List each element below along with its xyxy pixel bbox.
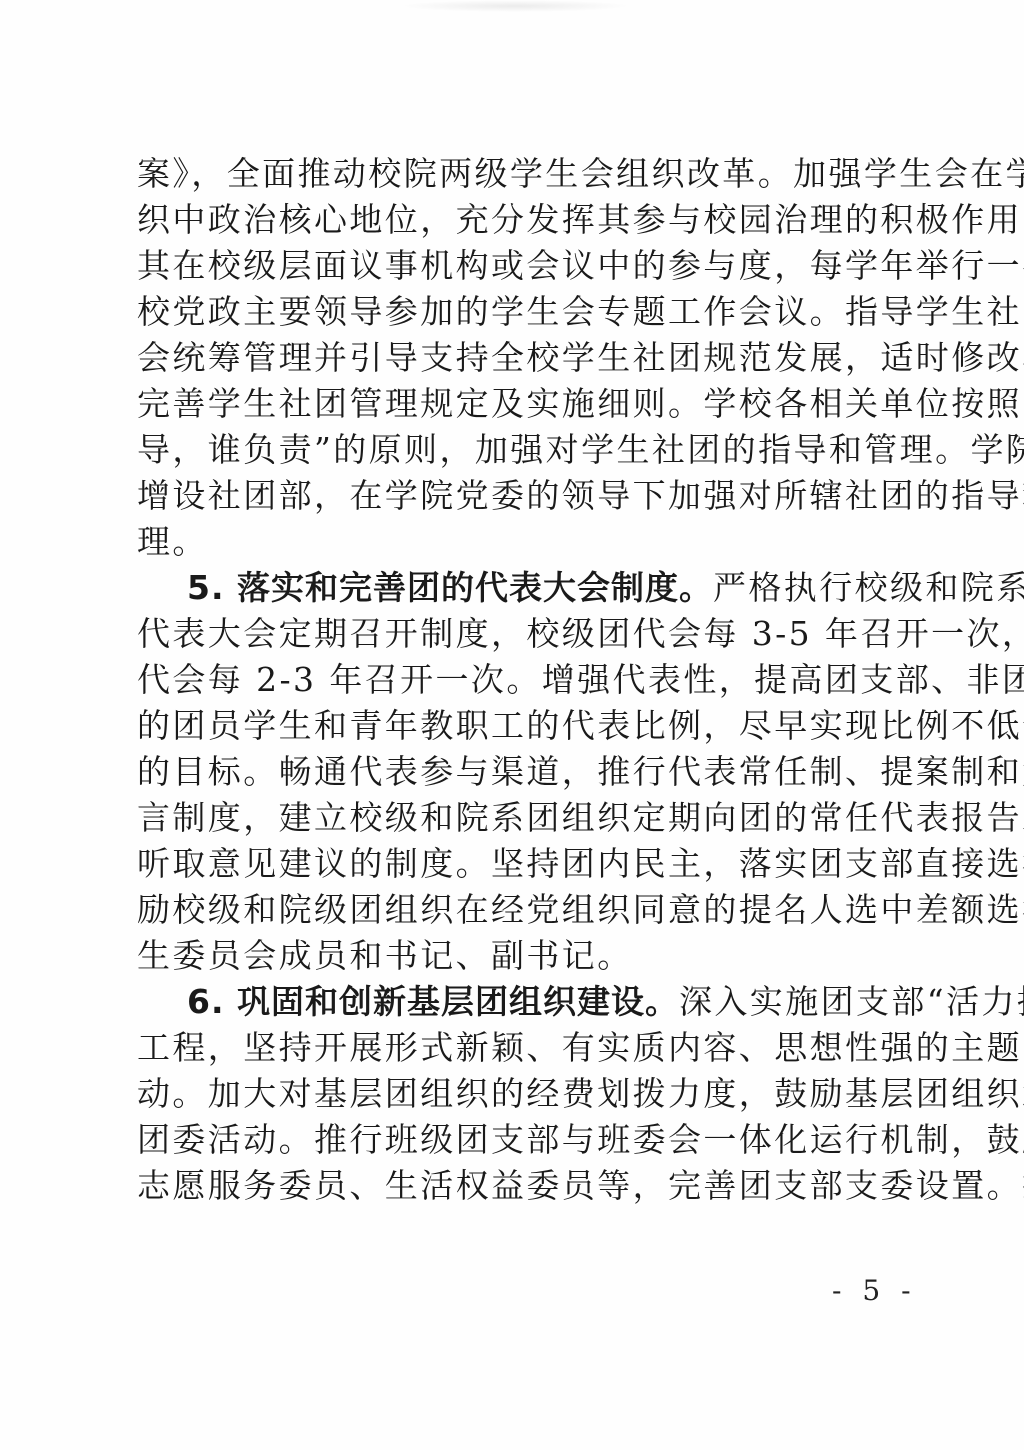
paragraph-grassroots-organization: 6. 巩固和创新基层团组织建设。深入实施团支部“活力提升” 工程，坚持开展形式新… bbox=[137, 979, 897, 1209]
paragraph-student-union-reform: 案》，全面推动校院两级学生会组织改革。加强学生会在学生组 织中政治核心地位，充分… bbox=[137, 151, 897, 565]
text-line: 会统筹管理并引导支持全校学生社团规范发展，适时修改、不断 bbox=[137, 335, 897, 381]
text-line: 织中政治核心地位，充分发挥其参与校园治理的积极作用，加大 bbox=[137, 197, 897, 243]
text-line: 理。 bbox=[137, 519, 897, 565]
text-line: 代表大会定期召开制度，校级团代会每 3-5 年召开一次，院级团 bbox=[137, 611, 897, 657]
paragraph-congress-system: 5. 落实和完善团的代表大会制度。严格执行校级和院系团的 代表大会定期召开制度，… bbox=[137, 565, 897, 979]
text-line: 导，谁负责”的原则，加强对学生社团的指导和管理。学院团委 bbox=[137, 427, 897, 473]
text-line: 团委活动。推行班级团支部与班委会一体化运行机制，鼓励设置 bbox=[137, 1117, 897, 1163]
text-line: 的目标。畅通代表参与渠道，推行代表常任制、提案制和大会发 bbox=[137, 749, 897, 795]
section-heading: 6. 巩固和创新基层团组织建设。 bbox=[187, 982, 679, 1021]
text-line: 励校级和院级团组织在经党组织同意的提名人选中差额选举产 bbox=[137, 887, 897, 933]
section-heading: 5. 落实和完善团的代表大会制度。 bbox=[187, 568, 713, 607]
text-line: 校党政主要领导参加的学生会专题工作会议。指导学生社团联合 bbox=[137, 289, 897, 335]
document-page: 案》，全面推动校院两级学生会组织改革。加强学生会在学生组 织中政治核心地位，充分… bbox=[0, 0, 1024, 1450]
text-line: 的团员学生和青年教职工的代表比例，尽早实现比例不低于 70% bbox=[137, 703, 897, 749]
text-line-first: 5. 落实和完善团的代表大会制度。严格执行校级和院系团的 bbox=[137, 565, 897, 611]
text-line-first: 6. 巩固和创新基层团组织建设。深入实施团支部“活力提升” bbox=[137, 979, 897, 1025]
text-run: 深入实施团支部“活力提升” bbox=[679, 982, 1024, 1021]
document-body: 案》，全面推动校院两级学生会组织改革。加强学生会在学生组 织中政治核心地位，充分… bbox=[137, 151, 897, 1209]
text-line: 完善学生社团管理规定及实施细则。学校各相关单位按照“谁指 bbox=[137, 381, 897, 427]
text-line: 听取意见建议的制度。坚持团内民主，落实团支部直接选举，鼓 bbox=[137, 841, 897, 887]
text-line: 生委员会成员和书记、副书记。 bbox=[137, 933, 897, 979]
text-line: 其在校级层面议事机构或会议中的参与度，每学年举行一次由学 bbox=[137, 243, 897, 289]
scan-artifact bbox=[400, 0, 630, 12]
text-line: 案》，全面推动校院两级学生会组织改革。加强学生会在学生组 bbox=[137, 151, 897, 197]
text-line: 动。加大对基层团组织的经费划拨力度，鼓励基层团组织承办校 bbox=[137, 1071, 897, 1117]
text-line: 增设社团部，在学院党委的领导下加强对所辖社团的指导和管 bbox=[137, 473, 897, 519]
text-line: 言制度，建立校级和院系团组织定期向团的常任代表报告工作和 bbox=[137, 795, 897, 841]
text-run: 严格执行校级和院系团的 bbox=[713, 568, 1024, 607]
page-number: - 5 - bbox=[832, 1274, 917, 1307]
text-line: 志愿服务委员、生活权益委员等，完善团支部支委设置。探索建 bbox=[137, 1163, 897, 1209]
text-line: 工程，坚持开展形式新颖、有实质内容、思想性强的主题团日活 bbox=[137, 1025, 897, 1071]
text-line: 代会每 2-3 年召开一次。增强代表性，提高团支部、非团学干部 bbox=[137, 657, 897, 703]
